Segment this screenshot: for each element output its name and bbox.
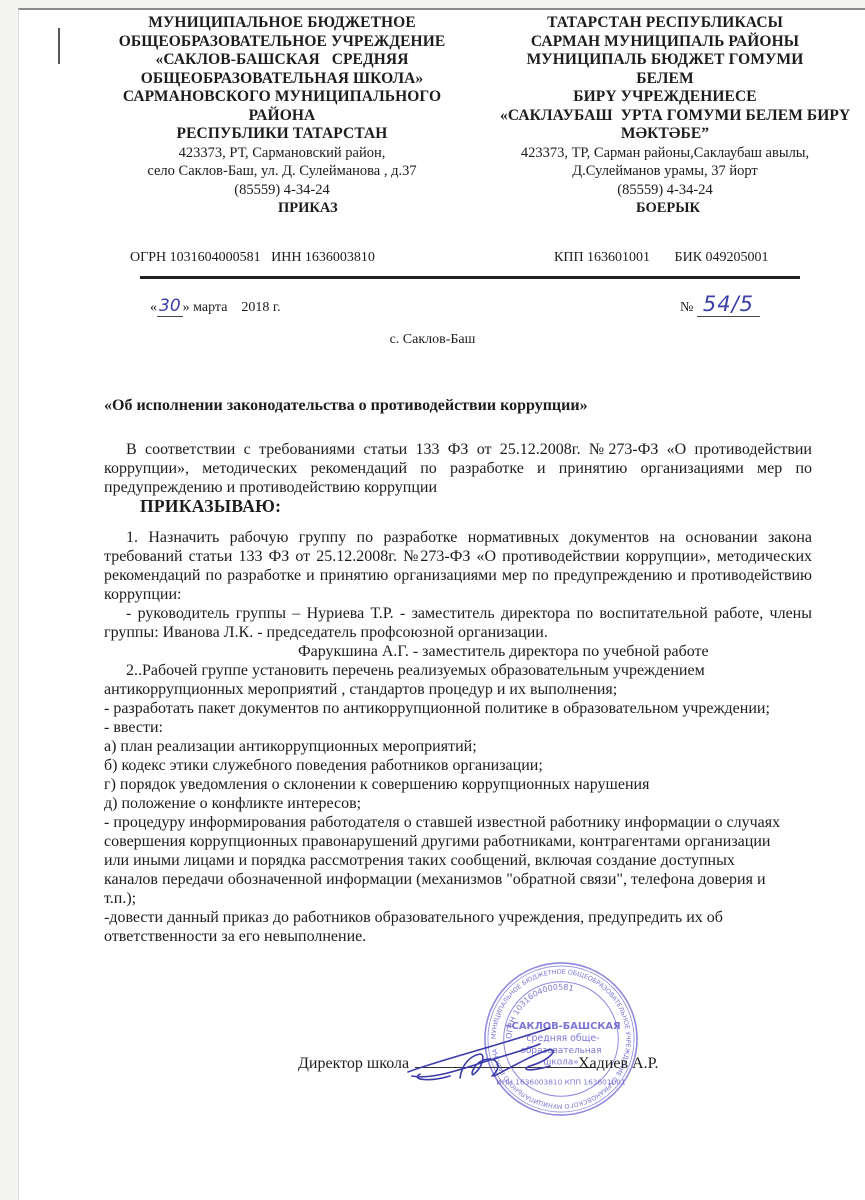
org-line: ТАТАРСТАН РЕСПУБЛИКАСЫ (500, 14, 830, 33)
org-line: МӘКТӘБЕ” (500, 125, 830, 144)
date-month-year: » марта 2018 г. (183, 300, 281, 315)
item-procedure: - процедуру информирования работодателя … (104, 813, 812, 908)
preamble-block: В соответствии с требованиями статьи 133… (104, 440, 812, 516)
item-2: 2..Рабочей группе установить перечень ре… (104, 661, 812, 699)
place-of-issue: с. Саклов-Баш (0, 332, 865, 348)
header-left-russian: МУНИЦИПАЛЬНОЕ БЮДЖЕТНОЕ ОБЩЕОБРАЗОВАТЕЛЬ… (92, 14, 472, 199)
org-line: «САКЛОВ-БАШСКАЯ СРЕДНЯЯ (92, 51, 472, 70)
org-line: БИРҮ УЧРЕЖДЕНИЕСЕ (500, 88, 830, 107)
order-number: № 54/5 (680, 292, 760, 316)
item-2-introduce: - ввести: (104, 718, 812, 737)
number-handwritten: 54/5 (697, 292, 760, 317)
item-communicate: -довести данный приказ до работников обр… (104, 908, 812, 946)
list-item-a: а) план реализации антикоррупционных мер… (104, 737, 812, 756)
order-date: «30» марта 2018 г. (150, 296, 281, 316)
list-item-b: б) кодекс этики служебного поведения раб… (104, 756, 812, 775)
org-line: «САКЛАУБАШ УРТА ГОМУМИ БЕЛЕМ БИРҮ (500, 107, 830, 126)
address-line: 423373, РТ, Сармановский район, (92, 144, 472, 163)
order-title: «Об исполнении законодательства о против… (104, 397, 588, 415)
order-items: 1. Назначить рабочую группу по разработк… (104, 528, 812, 946)
doc-type-russian: ПРИКАЗ (278, 200, 338, 217)
org-line: САРМАН МУНИЦИПАЛЬ РАЙОНЫ (500, 33, 830, 52)
org-line: САРМАНОВСКОГО МУНИЦИПАЛЬНОГО РАЙОНА (92, 88, 472, 125)
list-item-g: г) порядок уведомления о склонении к сов… (104, 775, 812, 794)
binder-mark (58, 28, 60, 64)
phone-line: (85559) 4-34-24 (500, 181, 830, 200)
address-line: село Саклов-Баш, ул. Д. Сулейманова , д.… (92, 162, 472, 181)
org-line: РЕСПУБЛИКИ ТАТАРСТАН (92, 125, 472, 144)
registration-left: ОГРН 1031604000581 ИНН 1636003810 (130, 250, 375, 266)
registration-right: КПП 163601001 БИК 049205001 (554, 250, 769, 266)
phone-line: (85559) 4-34-24 (92, 181, 472, 200)
address-line: Д.Сулейманов урамы, 37 йорт (500, 162, 830, 181)
address-line: 423373, ТР, Сарман районы,Саклаубаш авыл… (500, 144, 830, 163)
preamble: В соответствии с требованиями статьи 133… (104, 440, 812, 497)
doc-type-tatar: БОЕРЫК (636, 200, 700, 217)
date-open-quote: « (150, 300, 157, 315)
date-day-handwritten: 30 (157, 296, 183, 317)
org-line: ОБЩЕОБРАЗОВАТЕЛЬНАЯ ШКОЛА» (92, 70, 472, 89)
signer-role: Директор школа (298, 1055, 409, 1072)
item-1-group-head: - руководитель группы – Нуриева Т.Р. - з… (104, 604, 812, 642)
item-1: 1. Назначить рабочую группу по разработк… (104, 528, 812, 604)
item-2-develop: - разработать пакет документов по антико… (104, 699, 812, 718)
org-line: ОБЩЕОБРАЗОВАТЕЛЬНОЕ УЧРЕЖДЕНИЕ (92, 33, 472, 52)
handwritten-signature-icon (400, 1020, 600, 1090)
header-right-tatar: ТАТАРСТАН РЕСПУБЛИКАСЫ САРМАН МУНИЦИПАЛЬ… (500, 14, 830, 199)
order-word: ПРИКАЗЫВАЮ: (140, 497, 812, 516)
header-divider (140, 276, 800, 279)
org-line: МУНИЦИПАЛЬНОЕ БЮДЖЕТНОЕ (92, 14, 472, 33)
number-label: № (680, 300, 693, 315)
list-item-d: д) положение о конфликте интересов; (104, 794, 812, 813)
org-line: МУНИЦИПАЛЬ БЮДЖЕТ ГОМУМИ БЕЛЕМ (500, 51, 830, 88)
item-1-group-member: Фарукшина А.Г. - заместитель директора п… (104, 642, 812, 661)
